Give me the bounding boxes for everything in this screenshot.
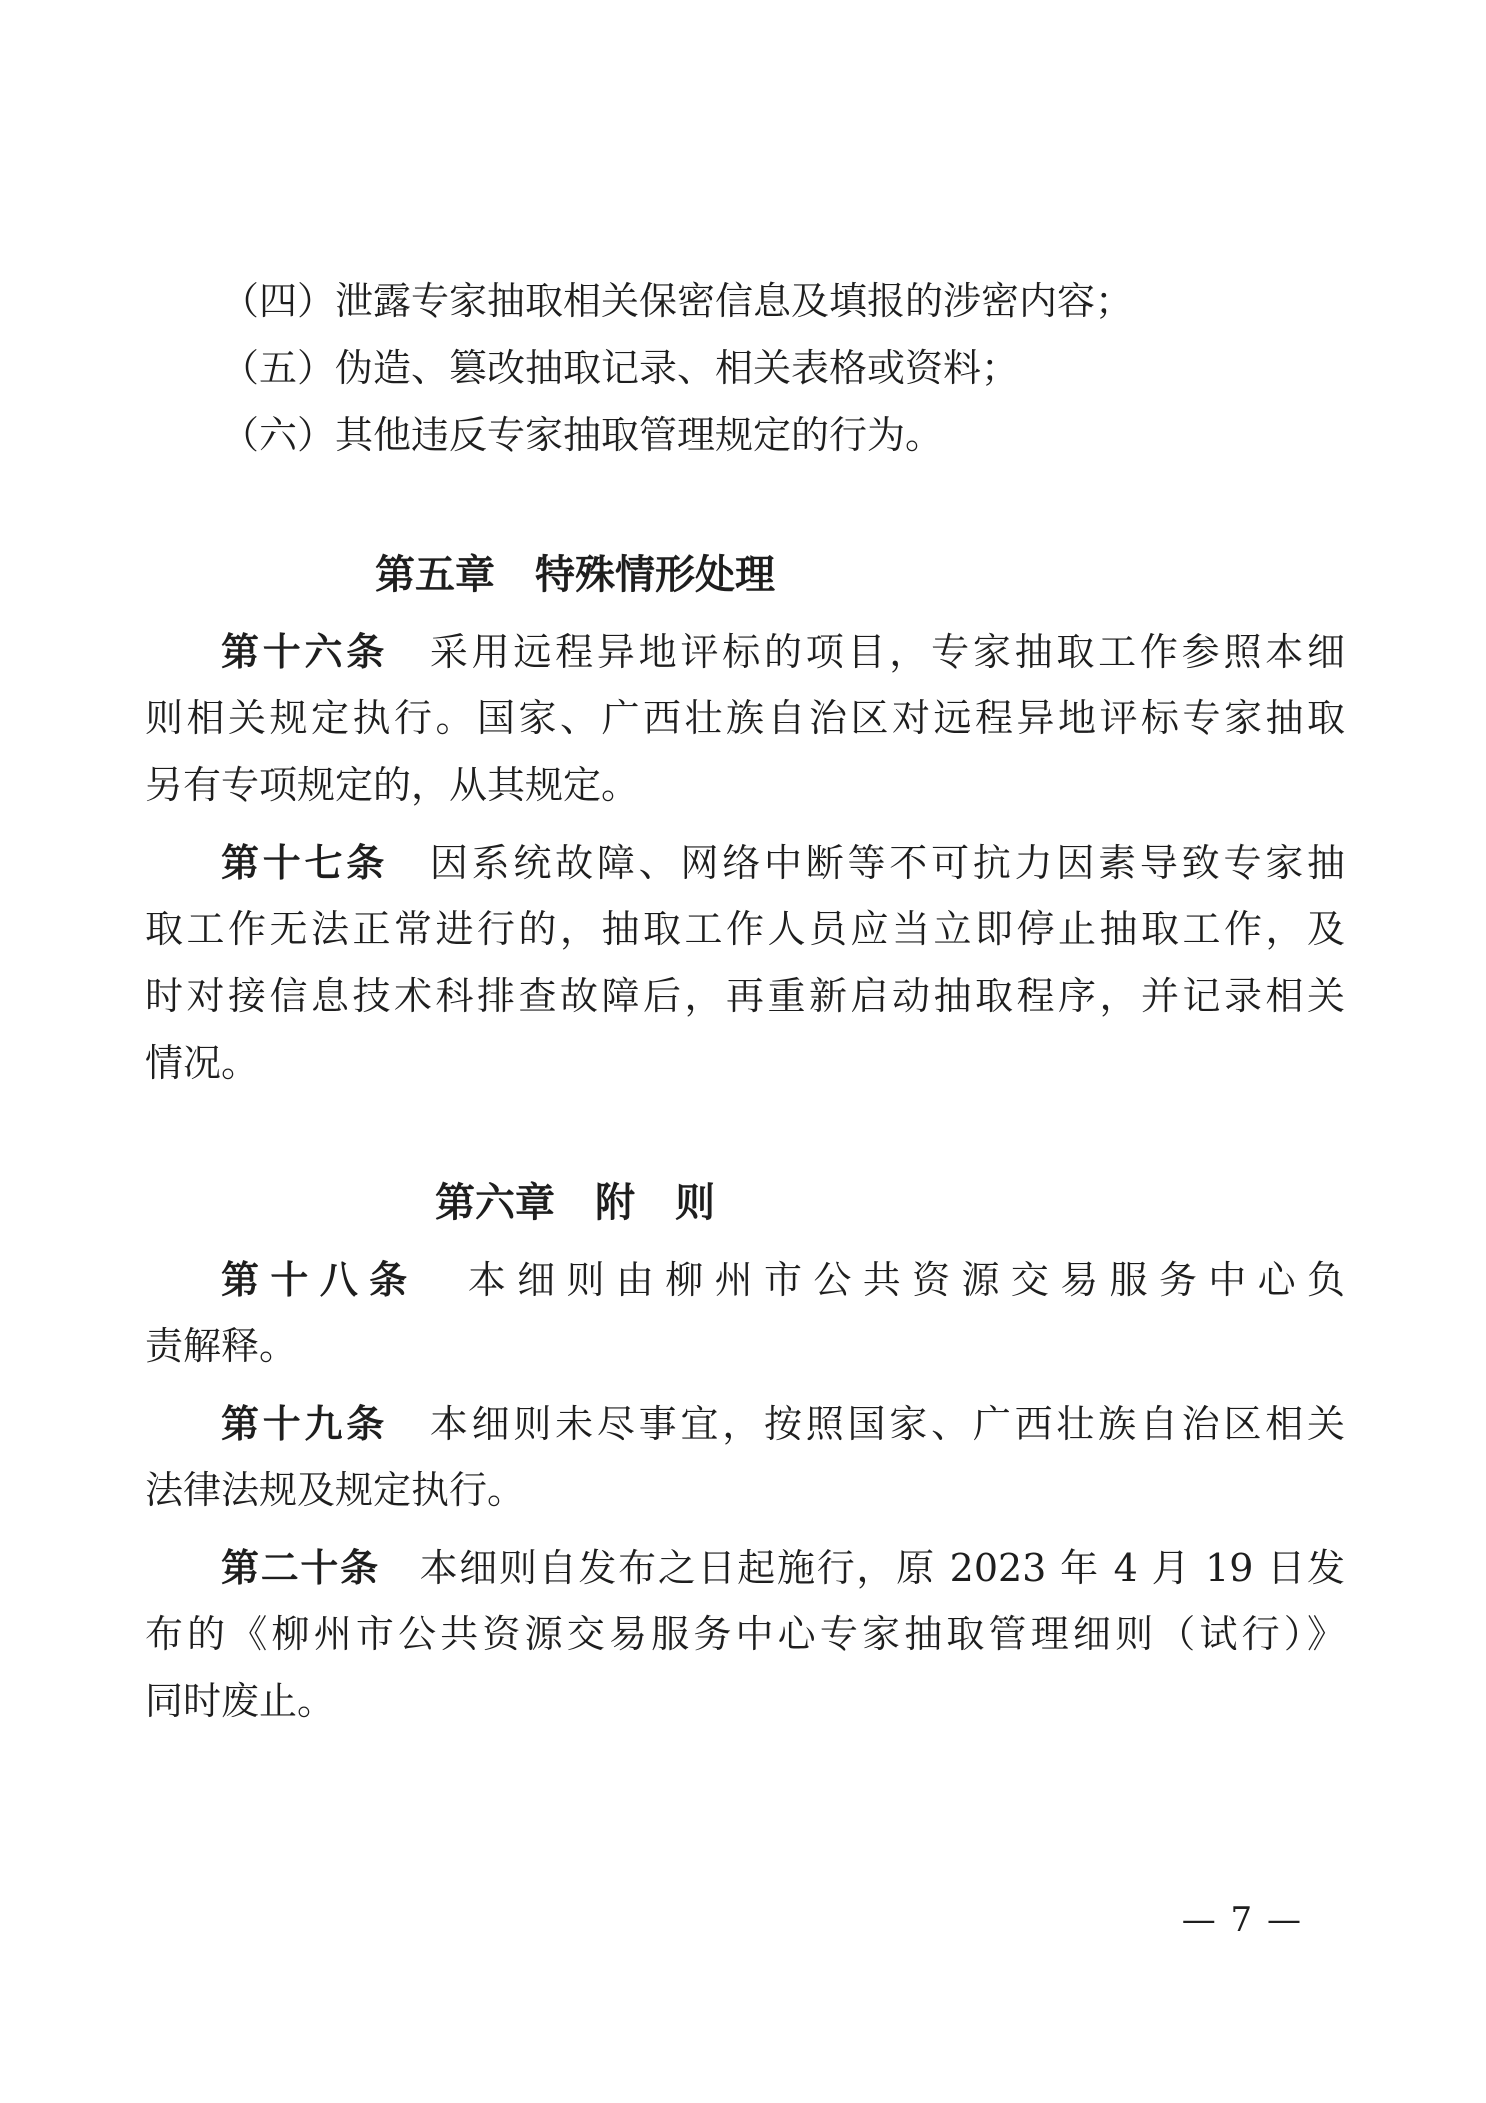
article-16-line-3: 另有专项规定的，从其规定。	[145, 752, 1345, 819]
text-segment: 采用远程异地评标的项目，专家抽取工作参照本细	[388, 630, 1345, 674]
article-18-line-2: 责解释。	[145, 1313, 1345, 1380]
article-number-label: 第五章 特殊情形处理	[375, 551, 775, 598]
text-segment: 布的《柳州市公共资源交易服务中心专家抽取管理细则（试行）》	[145, 1612, 1345, 1656]
chapter-heading-6: 第六章 附 则	[145, 1169, 1005, 1236]
text-segment: 法律法规及规定执行。	[145, 1468, 525, 1512]
article-20-line-3: 同时废止。	[145, 1668, 1345, 1735]
text-segment: 同时废止。	[145, 1679, 335, 1723]
text-segment: 因系统故障、网络中断等不可抗力因素导致专家抽	[388, 841, 1345, 885]
clause-item-4: （四）泄露专家抽取相关保密信息及填报的涉密内容；	[145, 268, 1345, 335]
chapter-heading-5: 第五章 特殊情形处理	[145, 541, 1005, 608]
text-segment: 本细则由柳州市公共资源交易服务中心负	[418, 1258, 1345, 1302]
article-number-label: 第十七条	[221, 840, 388, 885]
document-page: （四）泄露专家抽取相关保密信息及填报的涉密内容；（五）伪造、篡改抽取记录、相关表…	[0, 0, 1486, 2103]
article-20-line-1: 第二十条 本细则自发布之日起施行，原 2023 年 4 月 19 日发	[145, 1534, 1345, 1601]
text-segment: （五）伪造、篡改抽取记录、相关表格或资料；	[221, 346, 1019, 390]
article-number-label: 第十八条	[221, 1257, 418, 1302]
article-19-line-2: 法律法规及规定执行。	[145, 1457, 1345, 1524]
article-20-line-2: 布的《柳州市公共资源交易服务中心专家抽取管理细则（试行）》	[145, 1601, 1345, 1668]
article-number-label: 第二十条	[221, 1545, 380, 1590]
text-segment: 取工作无法正常进行的，抽取工作人员应当立即停止抽取工作，及	[145, 907, 1345, 951]
article-number-label: 第十六条	[221, 629, 388, 674]
clause-item-5: （五）伪造、篡改抽取记录、相关表格或资料；	[145, 335, 1345, 402]
article-17-line-3: 时对接信息技术科排查故障后，再重新启动抽取程序，并记录相关	[145, 963, 1345, 1030]
text-segment: 则相关规定执行。国家、广西壮族自治区对远程异地评标专家抽取	[145, 696, 1345, 740]
article-number-label: 第六章 附 则	[435, 1179, 715, 1226]
text-segment: （六）其他违反专家抽取管理规定的行为。	[221, 413, 943, 457]
text-segment: 时对接信息技术科排查故障后，再重新启动抽取程序，并记录相关	[145, 974, 1345, 1018]
article-17-line-2: 取工作无法正常进行的，抽取工作人员应当立即停止抽取工作，及	[145, 896, 1345, 963]
text-segment: 本细则自发布之日起施行，原 2023 年 4 月 19 日发	[380, 1546, 1345, 1590]
document-body: （四）泄露专家抽取相关保密信息及填报的涉密内容；（五）伪造、篡改抽取记录、相关表…	[0, 0, 1486, 1735]
text-segment: 另有专项规定的，从其规定。	[145, 763, 639, 807]
page-number: — 7 —	[1182, 1900, 1303, 1940]
text-segment: （四）泄露专家抽取相关保密信息及填报的涉密内容；	[221, 279, 1133, 323]
text-segment: 情况。	[145, 1041, 259, 1085]
text-segment: 责解释。	[145, 1324, 297, 1368]
article-16-line-2: 则相关规定执行。国家、广西壮族自治区对远程异地评标专家抽取	[145, 685, 1345, 752]
article-number-label: 第十九条	[221, 1401, 388, 1446]
article-17-line-4: 情况。	[145, 1030, 1345, 1097]
article-19-line-1: 第十九条 本细则未尽事宜，按照国家、广西壮族自治区相关	[145, 1390, 1345, 1457]
article-17-line-1: 第十七条 因系统故障、网络中断等不可抗力因素导致专家抽	[145, 829, 1345, 896]
article-18-line-1: 第十八条 本细则由柳州市公共资源交易服务中心负	[145, 1246, 1345, 1313]
text-segment: 本细则未尽事宜，按照国家、广西壮族自治区相关	[388, 1402, 1345, 1446]
article-16-line-1: 第十六条 采用远程异地评标的项目，专家抽取工作参照本细	[145, 618, 1345, 685]
clause-item-6: （六）其他违反专家抽取管理规定的行为。	[145, 402, 1345, 469]
